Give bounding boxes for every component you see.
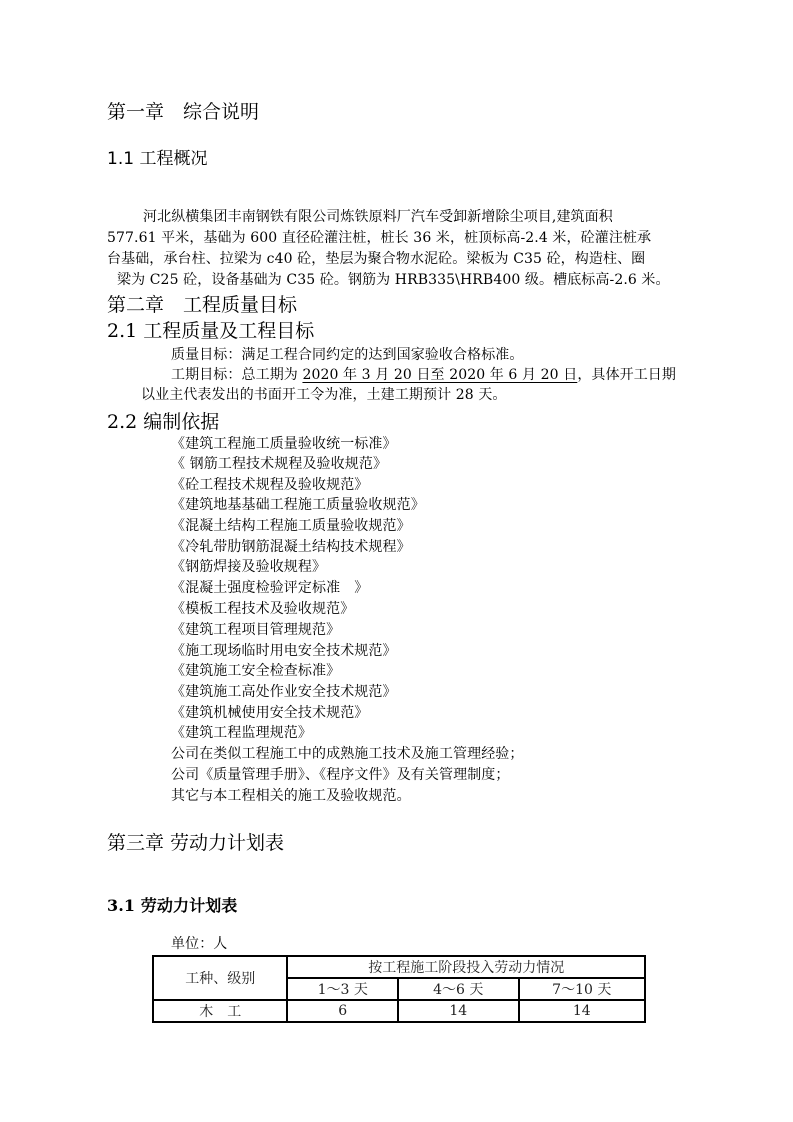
reference-item: 《 钢筋工程技术规程及验收规范》 — [171, 453, 387, 473]
paragraph-line: 河北纵横集团丰南钢铁有限公司炼铁原料厂汽车受卸新增除尘项目,建筑面积 — [143, 206, 613, 226]
reference-item: 《建筑地基基础工程施工质量验收规范》 — [171, 494, 425, 514]
reference-item: 《建筑施工安全检查标准》 — [171, 660, 340, 680]
group-header-cell: 按工程施工阶段投入劳动力情况 — [287, 956, 645, 978]
quality-goal: 质量目标：满足工程合同约定的达到国家验收合格标准。 — [171, 344, 524, 364]
reference-item: 《建筑工程项目管理规范》 — [171, 619, 340, 639]
chapter-1-title: 第一章 综合说明 — [107, 97, 259, 124]
period-header-cell: 4～6 天 — [398, 978, 519, 1000]
section-2-2-title: 2.2 编制依据 — [107, 407, 219, 434]
section-1-1-title: 1.1 工程概况 — [107, 144, 207, 169]
schedule-goal-line-1: 工期目标：总工期为 2020 年 3 月 20 日至 2020 年 6 月 20… — [171, 364, 676, 384]
reference-item: 《混凝土强度检验评定标准 》 — [171, 577, 368, 597]
reference-item: 公司《质量管理手册》、《程序文件》及有关管理制度； — [171, 764, 510, 784]
reference-item: 公司在类似工程施工中的成熟施工技术及施工管理经验； — [171, 743, 524, 763]
reference-item: 《混凝土结构工程施工质量验收规范》 — [171, 515, 411, 535]
reference-item: 《建筑机械使用安全技术规范》 — [171, 702, 368, 722]
paragraph-line: 台基础，承台柱、拉梁为 c40 砼，垫层为聚合物水泥砼。梁板为 C35 砼，构造… — [107, 248, 645, 268]
period-header-cell: 1～3 天 — [287, 978, 398, 1000]
schedule-goal-line-2: 以业主代表发出的书面开工令为准，土建工期预计 28 天。 — [141, 384, 507, 404]
chapter-2-title: 第二章 工程质量目标 — [107, 290, 297, 317]
trade-cell: 木 工 — [153, 1000, 287, 1022]
paragraph-line: 梁为 C25 砼，设备基础为 C35 砼。钢筋为 HRB335\HRB400 级… — [117, 269, 670, 289]
reference-item: 《建筑施工高处作业安全技术规范》 — [171, 681, 397, 701]
reference-item: 其它与本工程相关的施工及验收规范。 — [171, 785, 411, 805]
reference-item: 《施工现场临时用电安全技术规范》 — [171, 640, 397, 660]
value-cell: 6 — [287, 1000, 398, 1022]
reference-item: 《钢筋焊接及验收规程》 — [171, 556, 326, 576]
reference-item: 《建筑工程施工质量验收统一标准》 — [171, 433, 397, 453]
section-3-1-title: 3.1 劳动力计划表 — [107, 893, 237, 916]
value-cell: 14 — [398, 1000, 519, 1022]
paragraph-line: 577.61 平米，基础为 600 直径砼灌注桩，桩长 36 米，桩顶标高-2.… — [107, 227, 651, 247]
schedule-suffix: ，具体开工日期 — [577, 367, 676, 383]
reference-item: 《模板工程技术及验收规范》 — [171, 598, 354, 618]
table-row: 木 工 6 14 14 — [153, 1000, 645, 1022]
section-2-1-title: 2.1 工程质量及工程目标 — [107, 316, 314, 343]
reference-item: 《建筑工程监理规范》 — [171, 722, 312, 742]
value-cell: 14 — [519, 1000, 645, 1022]
reference-item: 《砼工程技术规程及验收规范》 — [171, 474, 368, 494]
schedule-prefix: 工期目标：总工期为 — [171, 367, 302, 383]
table-header-row: 工种、级别 按工程施工阶段投入劳动力情况 — [153, 956, 645, 978]
unit-label: 单位：人 — [171, 933, 227, 953]
chapter-3-title: 第三章 劳动力计划表 — [107, 828, 284, 855]
labor-plan-table: 工种、级别 按工程施工阶段投入劳动力情况 1～3 天 4～6 天 7～10 天 … — [152, 955, 646, 1023]
schedule-dates: 2020 年 3 月 20 日至 2020 年 6 月 20 日 — [302, 367, 577, 383]
period-header-cell: 7～10 天 — [519, 978, 645, 1000]
reference-item: 《冷轧带肋钢筋混凝土结构技术规程》 — [171, 536, 411, 556]
trade-header-cell: 工种、级别 — [153, 956, 287, 1000]
